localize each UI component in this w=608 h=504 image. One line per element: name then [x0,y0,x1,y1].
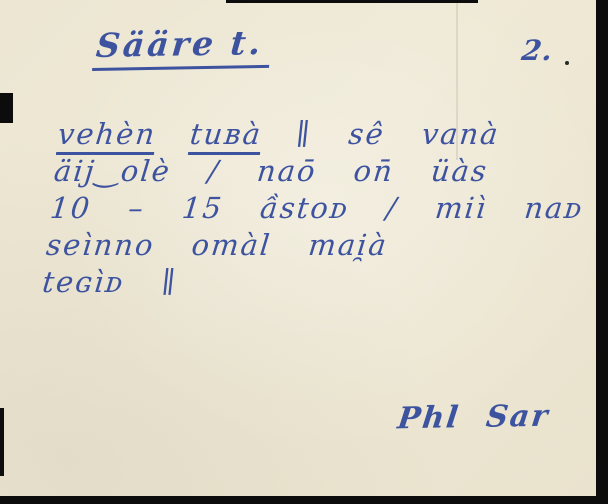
photo-background: Sääre t. 2. vehèntuʙà∥ sê vanà äij‿olè /… [0,0,608,504]
page-number: 2. [520,34,556,67]
photo-blotch-left-lower [0,408,4,476]
photo-edge-top [226,0,478,3]
ink-speck [565,61,569,65]
index-card: Sääre t. 2. vehèntuʙà∥ sê vanà äij‿olè /… [0,0,608,504]
photo-edge-bottom [0,496,608,504]
body-line-4: seìnno omàl mai̯à [44,227,588,264]
underlined-word-vehen: vehèn [56,117,158,155]
photo-edge-right [596,0,608,504]
card-header: Sääre t. [92,23,273,71]
body-line-3: 10 – 15 ầstoᴅ / miì naᴅ [48,190,592,227]
handwritten-body: vehèntuʙà∥ sê vanà äij‿olè / naō on̄ üàs… [41,116,600,301]
body-line-5: teɢìᴅ ∥ [41,264,585,301]
paper-crease [456,0,458,160]
underlined-word-tuba: tuʙà [188,117,264,155]
card-title: Sääre t. [92,23,273,71]
body-line-2: äij‿olè / naō on̄ üàs [52,153,596,190]
photo-blotch-left [0,93,13,123]
body-line-1-rest: ∥ sê vanà [294,117,501,151]
collector-signature: Phl Sar [396,399,552,437]
body-line-1: vehèntuʙà∥ sê vanà [56,116,600,153]
